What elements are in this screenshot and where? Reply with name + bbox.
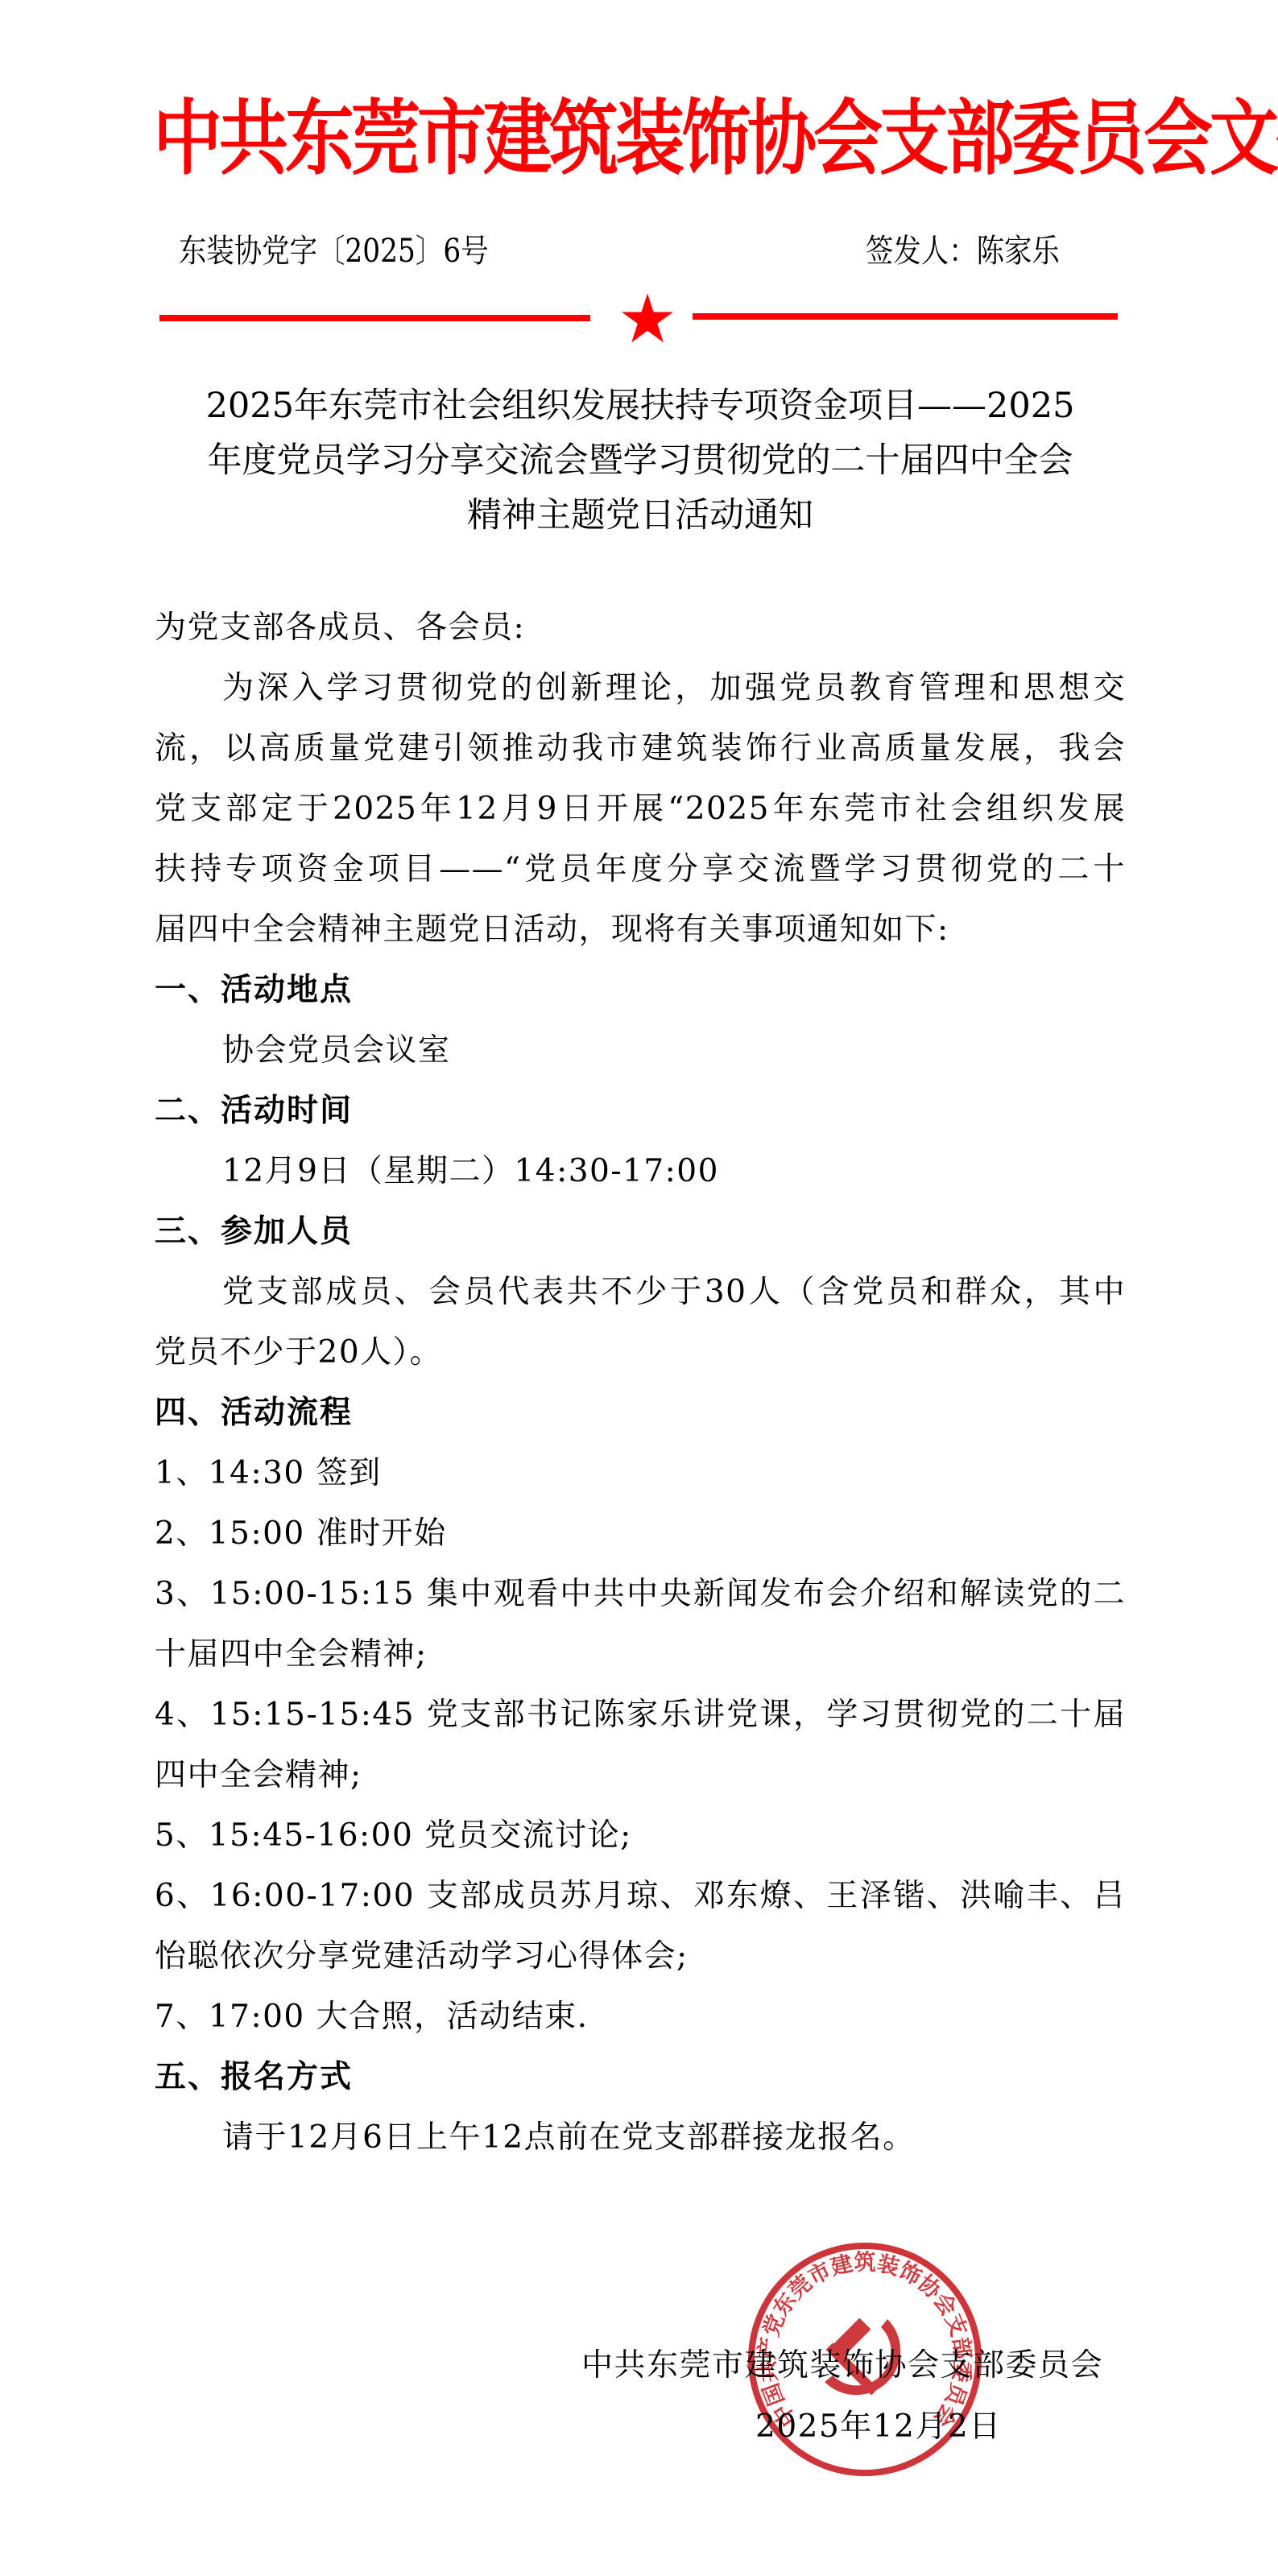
agenda-item: 2、15:00 准时开始 [155, 1515, 1126, 1553]
agenda-item-continued: 十届四中全会精神; [155, 1635, 1126, 1674]
section-title-location: 一、活动地点 [155, 971, 1126, 1010]
intro-line: 为深入学习贯彻党的创新理论，加强党员教育管理和思想交 [222, 669, 1126, 708]
heading-line: 年度党员学习分享交流会暨学习贯彻党的二十届四中全会 [153, 433, 1127, 488]
red-divider-left [159, 315, 590, 321]
location-value: 协会党员会议室 [222, 1032, 1193, 1070]
agenda-item: 4、15:15-15:45 党支部书记陈家乐讲党课，学习贯彻党的二十届 [155, 1696, 1126, 1735]
agenda-item-continued: 四中全会精神; [155, 1756, 1126, 1795]
agenda-item: 6、16:00-17:00 支部成员苏月琼、邓东燎、王泽锴、洪喻丰、吕 [155, 1877, 1126, 1916]
agenda-item: 1、14:30 签到 [155, 1454, 1126, 1493]
heading-line: 精神主题党日活动通知 [153, 488, 1127, 543]
signer-name: 陈家乐 [977, 233, 1060, 270]
attendees-line: 党支部成员、会员代表共不少于30人（含党员和群众，其中 [222, 1273, 1126, 1312]
star-icon [622, 293, 673, 343]
intro-line: 扶持专项资金项目——“党员年度分享交流暨学习贯彻党的二十 [155, 850, 1126, 889]
section-title-time: 二、活动时间 [155, 1092, 1126, 1131]
signing-date: 2025年12月2日 [755, 2408, 1002, 2446]
notice-heading: 2025年东莞市社会组织发展扶持专项资金项目——2025 年度党员学习分享交流会… [153, 378, 1127, 543]
section-title-registration: 五、报名方式 [155, 2058, 1126, 2097]
section-title-attendees: 三、参加人员 [155, 1213, 1126, 1251]
section-title-agenda: 四、活动流程 [155, 1394, 1126, 1433]
intro-line: 届四中全会精神主题党日活动，现将有关事项通知如下: [155, 911, 1126, 949]
signing-organization: 中共东莞市建筑装饰协会支部委员会 [581, 2347, 1103, 2385]
signer: 签发人：陈家乐 [866, 229, 1060, 274]
heading-line: 2025年东莞市社会组织发展扶持专项资金项目——2025 [153, 378, 1127, 433]
salutation: 为党支部各成员、各会员: [155, 609, 1126, 647]
document-number: 东装协党字〔2025〕6号 [179, 229, 489, 274]
agenda-item: 7、17:00 大合照，活动结束. [155, 1998, 1126, 2036]
registration-value: 请于12月6日上午12点前在党支部群接龙报名。 [222, 2119, 1193, 2157]
agenda-item: 5、15:45-16:00 党员交流讨论; [155, 1817, 1126, 1855]
agenda-item-continued: 怡聪依次分享党建活动学习心得体会; [155, 1937, 1126, 1976]
intro-line: 流，以高质量党建引领推动我市建筑装饰行业高质量发展，我会 [155, 730, 1126, 768]
red-divider-right [693, 313, 1118, 320]
attendees-line: 党员不少于20人）。 [155, 1333, 1126, 1372]
document-masthead-title: 中共东莞市建筑装饰协会支部委员会文件 [153, 87, 1129, 192]
agenda-item: 3、15:00-15:15 集中观看中共中央新闻发布会介绍和解读党的二 [155, 1575, 1126, 1614]
signer-label: 签发人： [866, 233, 977, 270]
time-value: 12月9日（星期二）14:30-17:00 [222, 1152, 1193, 1191]
intro-line: 党支部定于2025年12月9日开展“2025年东莞市社会组织发展 [155, 790, 1126, 829]
